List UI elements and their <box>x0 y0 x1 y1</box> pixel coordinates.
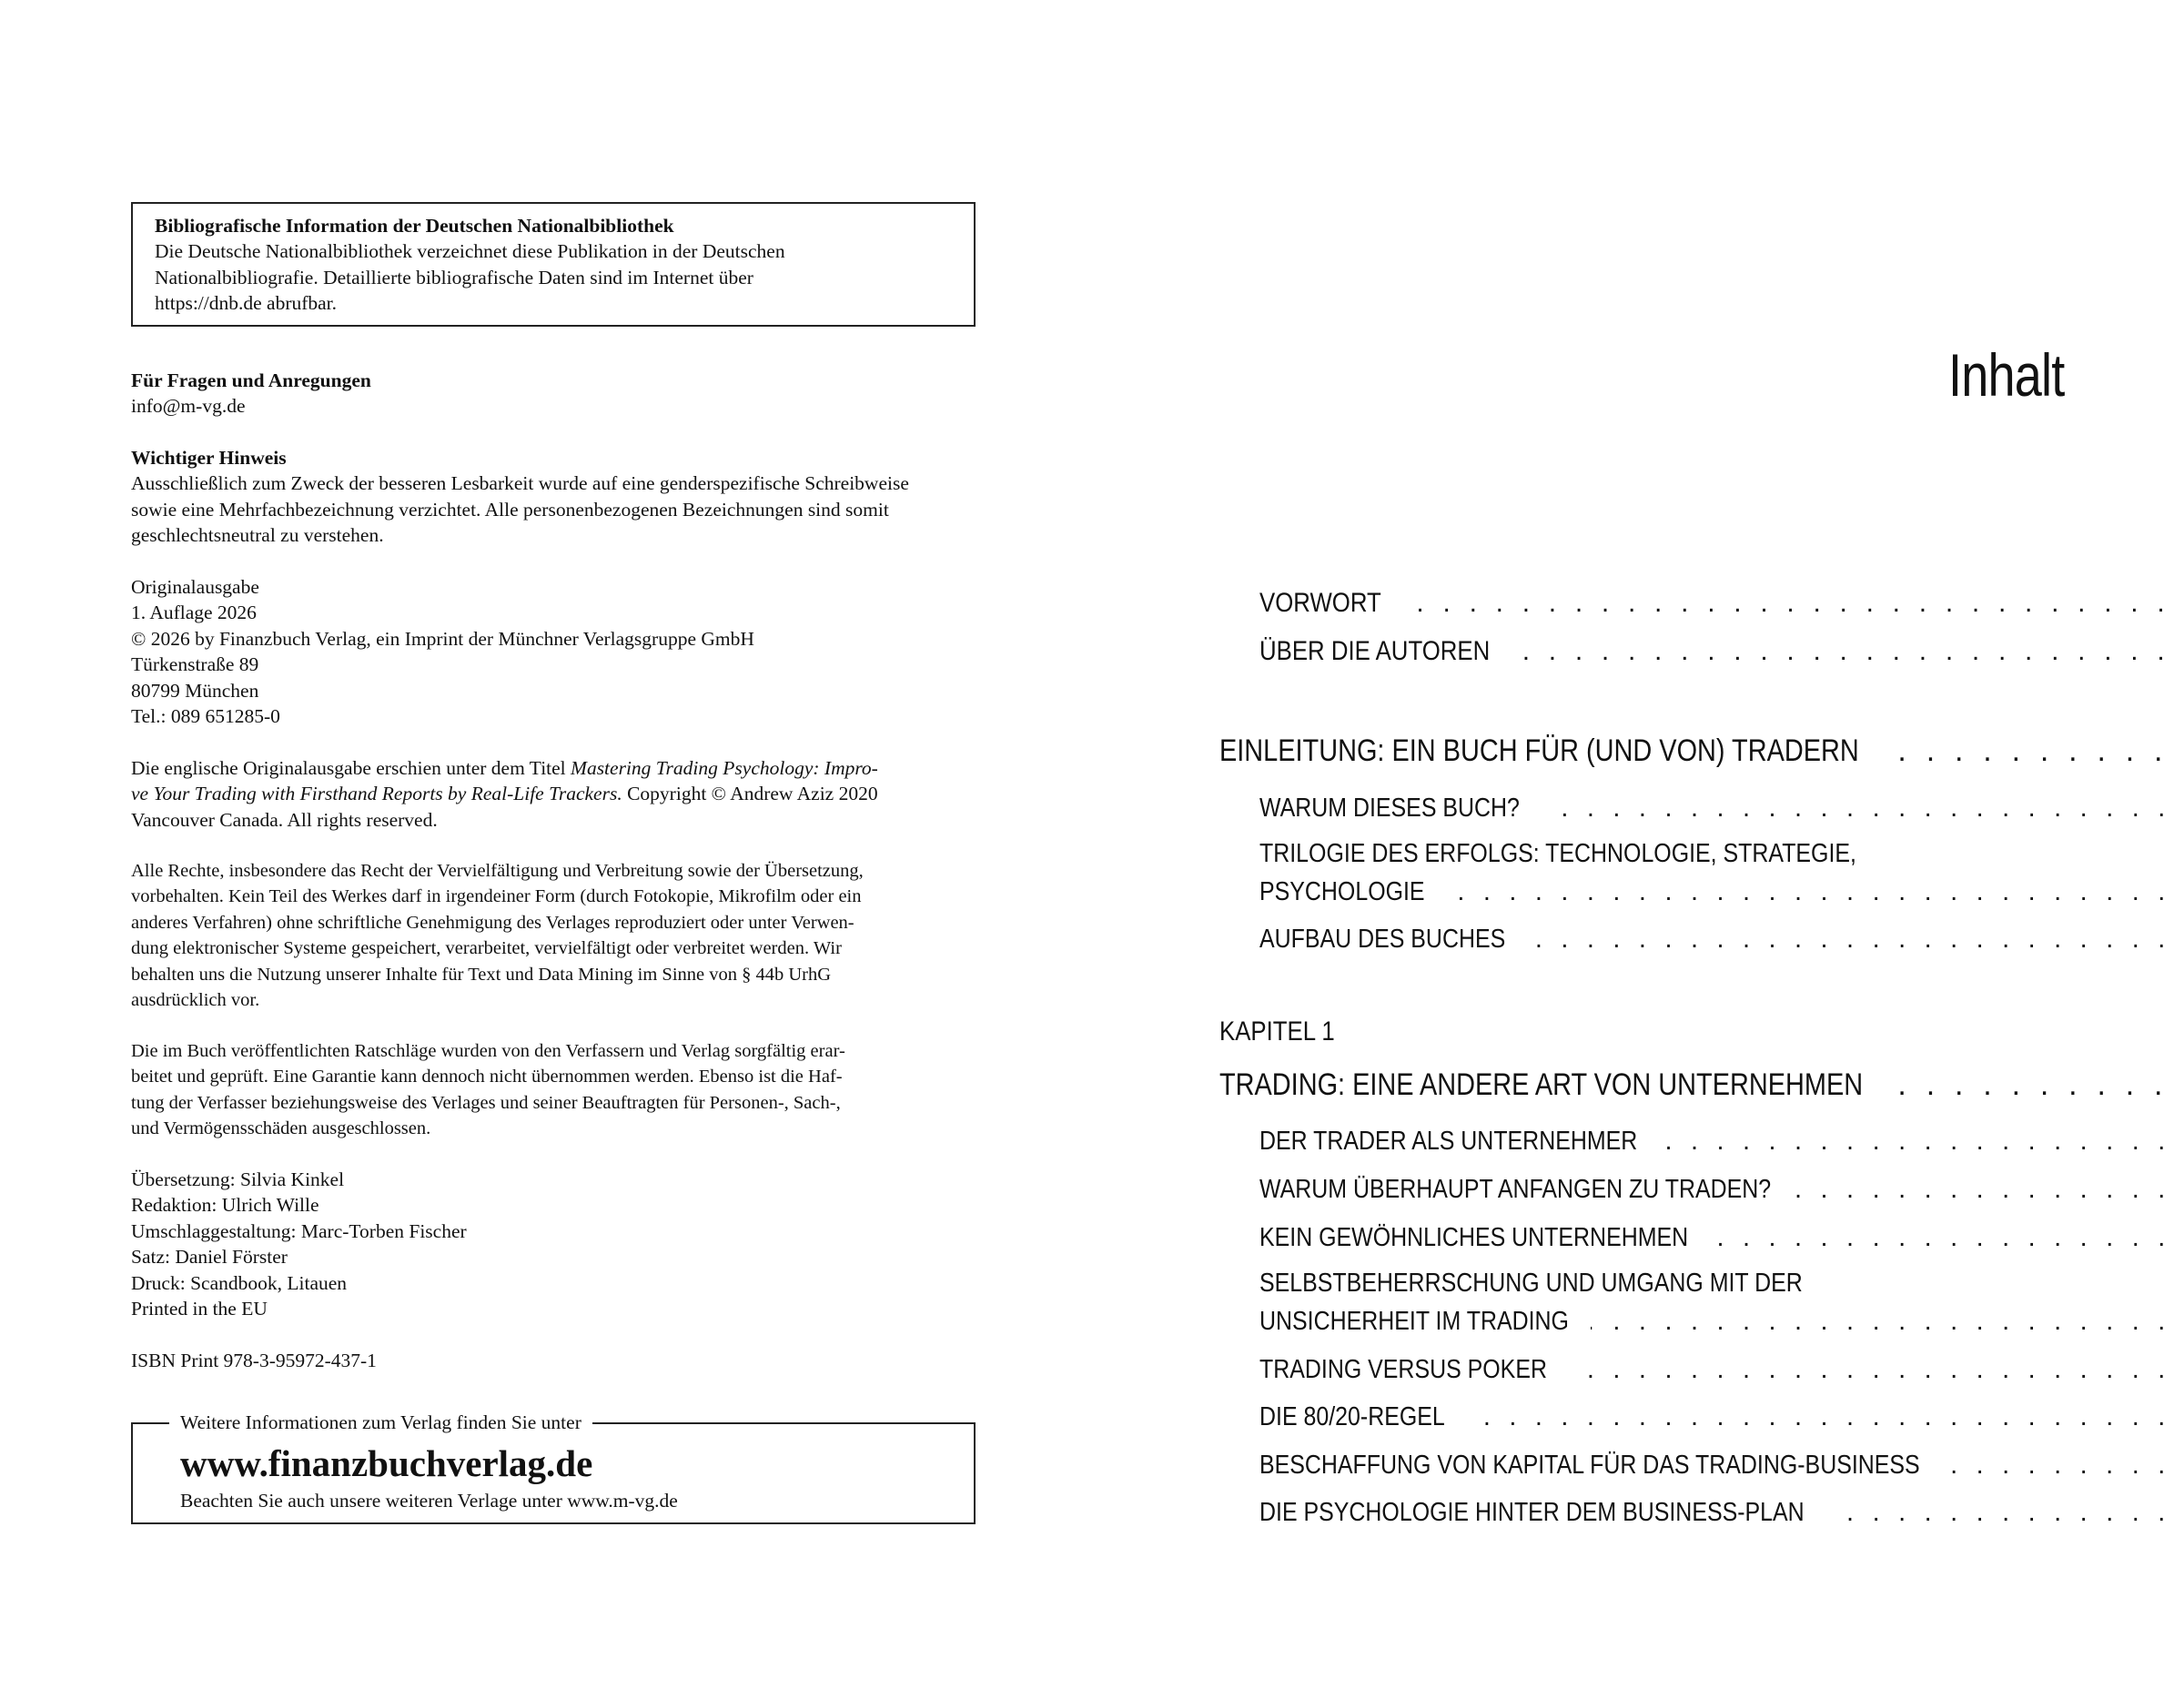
toc-entry-ueber-die-autoren[interactable]: ÜBER DIE AUTOREN . . . . . . . . . . . .… <box>1259 636 2184 667</box>
toc-entry-einleitung[interactable]: EINLEITUNG: EIN BUCH FÜR (UND VON) TRADE… <box>1219 733 2184 769</box>
leader-dots: . . . . . . . . . . . . . . . . . . . . … <box>1793 1175 2184 1205</box>
notice-section: Wichtiger Hinweis Ausschließlich zum Zwe… <box>131 445 979 549</box>
publisher-info-legend: Weitere Informationen zum Verlag finden … <box>169 1410 592 1435</box>
leader-dots: . . . . . . . . . . . . . . . . . . . . … <box>1527 925 2184 955</box>
leader-dots: . . . . . . . . . . . . . . . . . . . . … <box>1659 1127 2184 1157</box>
bibliography-line: Die Deutsche Nationalbibliothek verzeich… <box>155 238 974 264</box>
rights-section: Alle Rechte, insbesondere das Recht der … <box>131 858 979 1013</box>
isbn-line: ISBN Print 978-3-95972-437-1 <box>131 1348 979 1373</box>
disclaimer-line: beitet und geprüft. Eine Garantie kann d… <box>131 1064 979 1089</box>
disclaimer-line: und Vermögensschäden ausgeschlossen. <box>131 1116 979 1141</box>
toc-entry-trilogie[interactable]: PSYCHOLOGIE . . . . . . . . . . . . . . … <box>1259 877 2184 907</box>
leader-dots: . . . . . . . . . . . . . . . . . . . . … <box>1710 1223 2184 1253</box>
toc-entry-label: DER TRADER ALS UNTERNEHMER <box>1259 1127 1637 1157</box>
leader-dots: . . . . . . . . . . . . . . . . . . . . … <box>1467 1402 2184 1432</box>
toc-entry-label: KEIN GEWÖHNLICHES UNTERNEHMEN <box>1259 1223 1688 1253</box>
address-street: Türkenstraße 89 <box>131 652 979 677</box>
toc-entry-label: TRADING: EINE ANDERE ART VON UNTERNEHMEN <box>1219 1067 1863 1103</box>
toc-entry-trilogie-line1[interactable]: TRILOGIE DES ERFOLGS: TECHNOLOGIE, STRAT… <box>1259 839 1954 869</box>
toc-entry-aufbau-des-buches[interactable]: AUFBAU DES BUCHES . . . . . . . . . . . … <box>1259 925 2184 955</box>
toc-entry-label: ÜBER DIE AUTOREN <box>1259 636 1490 667</box>
credit-translation: Übersetzung: Silvia Kinkel <box>131 1167 979 1192</box>
original-line: Die englische Originalausgabe erschien u… <box>131 755 979 781</box>
leader-dots: . . . . . . . . . . . . . . . . . . . . … <box>1591 1307 2184 1337</box>
toc-entry-label: WARUM DIESES BUCH? <box>1259 794 1520 824</box>
toc-entry-trader-als-unternehmer[interactable]: DER TRADER ALS UNTERNEHMER . . . . . . .… <box>1259 1127 2184 1157</box>
contact-section: Für Fragen und Anregungen info@m-vg.de <box>131 368 979 420</box>
rights-line: behalten uns die Nutzung unserer Inhalte… <box>131 962 979 987</box>
toc-entry-beschaffung-kapital[interactable]: BESCHAFFUNG VON KAPITAL FÜR DAS TRADING-… <box>1259 1451 2184 1481</box>
toc-entry-label: VORWORT <box>1259 588 1381 619</box>
leader-dots: . . . . . . . . . . . . . . . . . . . . … <box>1402 588 2184 619</box>
imprint-page: Bibliografische Information der Deutsche… <box>0 0 1092 1699</box>
original-copyright: Copyright © Andrew Aziz 2020 <box>622 783 878 804</box>
toc-entry-psychologie-business-plan[interactable]: DIE PSYCHOLOGIE HINTER DEM BUSINESS-PLAN… <box>1259 1498 2184 1528</box>
credit-typesetting: Satz: Daniel Förster <box>131 1244 979 1269</box>
rights-line: anderes Verfahren) ohne schriftliche Gen… <box>131 910 979 935</box>
toc-entry-label: TRADING VERSUS POKER <box>1259 1355 1547 1385</box>
rights-line: vorbehalten. Kein Teil des Werkes darf i… <box>131 884 979 909</box>
chapter-kicker: KAPITEL 1 <box>1219 1016 1353 1047</box>
toc-entry-label: TRILOGIE DES ERFOLGS: TECHNOLOGIE, STRAT… <box>1259 839 1856 869</box>
toc-entry-vorwort[interactable]: VORWORT . . . . . . . . . . . . . . . . … <box>1259 588 2184 619</box>
toc-entry-chapter-1[interactable]: TRADING: EINE ANDERE ART VON UNTERNEHMEN… <box>1219 1067 2184 1103</box>
original-prefix: Die englische Originalausgabe erschien u… <box>131 757 571 779</box>
bibliography-line: https://dnb.de abrufbar. <box>155 290 974 316</box>
original-line: ve Your Trading with Firsthand Reports b… <box>131 781 979 806</box>
address-city: 80799 München <box>131 678 979 703</box>
rights-line: dung elektronischer Systeme gespeichert,… <box>131 935 979 961</box>
original-title: ve Your Trading with Firsthand Reports b… <box>131 783 622 804</box>
rights-line: Alle Rechte, insbesondere das Recht der … <box>131 858 979 884</box>
edition-line: Originalausgabe <box>131 574 979 600</box>
notice-line: Ausschließlich zum Zweck der besseren Le… <box>131 470 979 496</box>
credit-printed-in: Printed in the EU <box>131 1296 979 1321</box>
leader-dots: . . . . . . . . . . . . . . . . . . . . … <box>1447 877 2184 907</box>
toc-entry-label: BESCHAFFUNG VON KAPITAL FÜR DAS TRADING-… <box>1259 1451 1920 1481</box>
bibliography-heading: Bibliografische Information der Deutsche… <box>155 213 974 238</box>
bibliography-line: Nationalbibliografie. Detaillierte bibli… <box>155 265 974 290</box>
toc-page: Inhalt VORWORT . . . . . . . . . . . . .… <box>1092 0 2184 1699</box>
toc-entry-selbstbeherrschung[interactable]: UNSICHERHEIT IM TRADING . . . . . . . . … <box>1259 1307 2184 1337</box>
toc-entry-trading-versus-poker[interactable]: TRADING VERSUS POKER . . . . . . . . . .… <box>1259 1355 2184 1385</box>
toc-entry-label: UNSICHERHEIT IM TRADING <box>1259 1307 1569 1337</box>
publisher-website-link[interactable]: www.finanzbuchverlag.de <box>180 1441 592 1486</box>
original-title: Mastering Trading Psychology: Impro- <box>571 757 878 779</box>
copyright-line: © 2026 by Finanzbuch Verlag, ein Imprint… <box>131 626 979 652</box>
chapter-kicker-label: KAPITEL 1 <box>1219 1016 1335 1047</box>
leader-dots: . . . . . . . . . . . . . . . . <box>1942 1451 2184 1481</box>
notice-heading: Wichtiger Hinweis <box>131 445 979 470</box>
leader-dots: . . . . . . . . . . . . . . . . . . . . … <box>1826 1498 2184 1528</box>
toc-entry-label: DIE 80/20-REGEL <box>1259 1402 1445 1432</box>
edition-line: 1. Auflage 2026 <box>131 600 979 625</box>
toc-entry-80-20-regel[interactable]: DIE 80/20-REGEL . . . . . . . . . . . . … <box>1259 1402 2184 1432</box>
toc-entry-label: SELBSTBEHERRSCHUNG UND UMGANG MIT DER <box>1259 1269 1803 1299</box>
rights-line: ausdrücklich vor. <box>131 987 979 1013</box>
leader-dots: . . . . . . . . . . . . . . . . . . . . … <box>1512 636 2184 667</box>
phone-line: Tel.: 089 651285-0 <box>131 703 979 729</box>
toc-entry-warum-dieses-buch[interactable]: WARUM DIESES BUCH? . . . . . . . . . . .… <box>1259 794 2184 824</box>
contact-heading: Für Fragen und Anregungen <box>131 368 979 393</box>
bibliography-info-box: Bibliografische Information der Deutsche… <box>131 202 976 327</box>
disclaimer-line: tung der Verfasser beziehungsweise des V… <box>131 1090 979 1116</box>
disclaimer-section: Die im Buch veröffentlichten Ratschläge … <box>131 1038 979 1142</box>
notice-line: geschlechtsneutral zu verstehen. <box>131 522 979 548</box>
original-line: Vancouver Canada. All rights reserved. <box>131 807 979 833</box>
original-edition-section: Die englische Originalausgabe erschien u… <box>131 755 979 833</box>
publisher-note: Beachten Sie auch unsere weiteren Verlag… <box>180 1488 678 1513</box>
leader-dots: . . . . . . . . . . . . . . . . . . . . … <box>1569 1355 2184 1385</box>
toc-entry-label: DIE PSYCHOLOGIE HINTER DEM BUSINESS-PLAN <box>1259 1498 1805 1528</box>
disclaimer-line: Die im Buch veröffentlichten Ratschläge … <box>131 1038 979 1064</box>
edition-section: Originalausgabe 1. Auflage 2026 © 2026 b… <box>131 574 979 729</box>
toc-entry-warum-ueberhaupt[interactable]: WARUM ÜBERHAUPT ANFANGEN ZU TRADEN? . . … <box>1259 1175 2184 1205</box>
credit-editing: Redaktion: Ulrich Wille <box>131 1192 979 1218</box>
credit-cover-design: Umschlaggestaltung: Marc-Torben Fischer <box>131 1219 979 1244</box>
leader-dots: . . . . . . . . . . . . . . . . <box>1885 1067 2184 1103</box>
toc-entry-label: AUFBAU DES BUCHES <box>1259 925 1505 955</box>
toc-entry-selbstbeherrschung-line1[interactable]: SELBSTBEHERRSCHUNG UND UMGANG MIT DER <box>1259 1269 1891 1299</box>
publisher-info-box: Weitere Informationen zum Verlag finden … <box>131 1422 976 1524</box>
notice-line: sowie eine Mehrfachbezeichnung verzichte… <box>131 497 979 522</box>
toc-entry-label: WARUM ÜBERHAUPT ANFANGEN ZU TRADEN? <box>1259 1175 1771 1205</box>
toc-entry-label: EINLEITUNG: EIN BUCH FÜR (UND VON) TRADE… <box>1219 733 1859 769</box>
contact-email: info@m-vg.de <box>131 393 979 419</box>
toc-entry-kein-gewoehnliches[interactable]: KEIN GEWÖHNLICHES UNTERNEHMEN . . . . . … <box>1259 1223 2184 1253</box>
credits-section: Übersetzung: Silvia Kinkel Redaktion: Ul… <box>131 1167 979 1321</box>
leader-dots: . . . . . . . . . . . . . . . . . . . . … <box>1542 794 2184 824</box>
leader-dots: . . . . . . . . . . . . . . . . <box>1881 733 2184 769</box>
toc-entry-label: PSYCHOLOGIE <box>1259 877 1425 907</box>
toc-title: Inhalt <box>1948 339 2064 411</box>
credit-printing: Druck: Scandbook, Litauen <box>131 1270 979 1296</box>
